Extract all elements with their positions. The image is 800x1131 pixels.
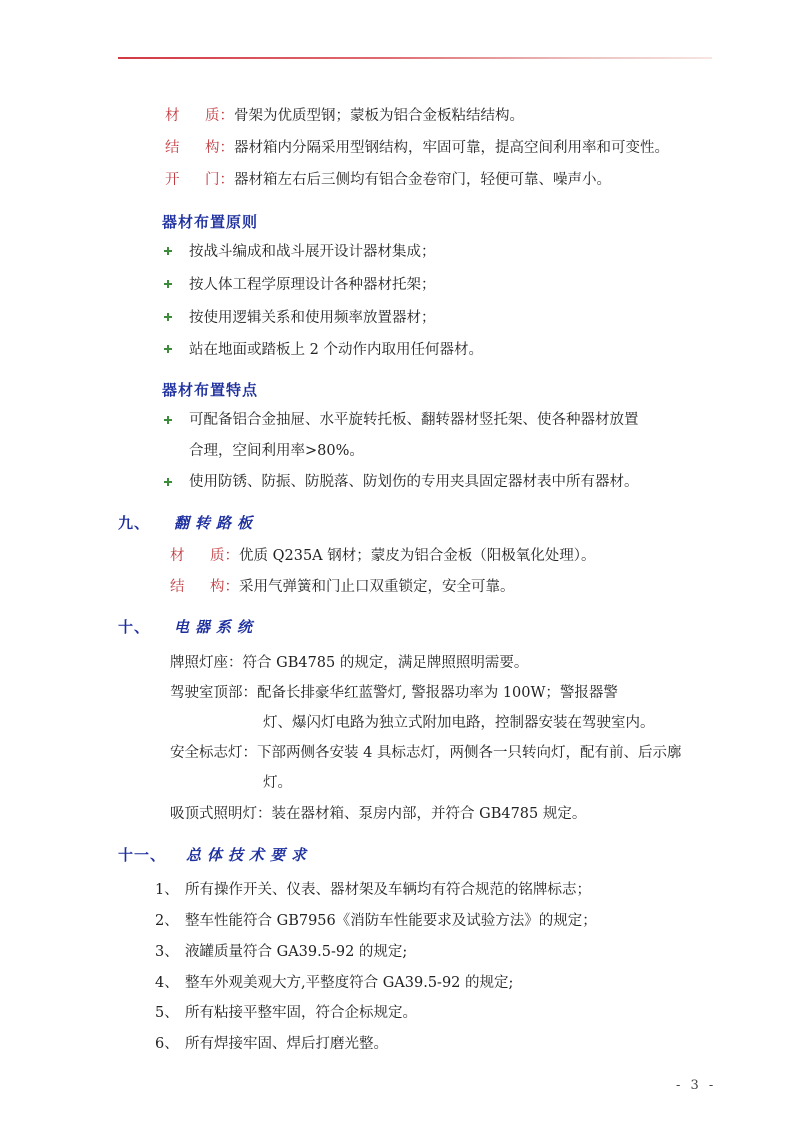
spec-label: 材质： — [165, 106, 234, 126]
section-9-spec: 结构：采用气弹簧和门止口双重锁定，安全可靠。 — [170, 577, 515, 597]
section-title: 电器系统 — [174, 618, 258, 636]
electrical-item-cont: 灯。 — [263, 773, 292, 793]
spec-label: 结构： — [165, 138, 234, 158]
page-number: - 3 - — [676, 1078, 716, 1093]
section-number: 十、 — [118, 617, 174, 637]
spec-text: 器材箱内分隔采用型钢结构，牢固可靠，提高空间利用率和可变性。 — [234, 140, 669, 156]
feature-item-cont: 合理，空间利用率>80%。 — [189, 441, 364, 461]
section-title: 翻转路板 — [174, 514, 258, 532]
electrical-item: 驾驶室顶部：配备长排豪华红蓝警灯, 警报器功率为 100W；警报器警 — [170, 683, 618, 703]
requirement-item: 1、所有操作开关、仪表、器材架及车辆均有符合规范的铭牌标志； — [155, 880, 591, 900]
bullet-icon — [164, 478, 172, 486]
section-9-heading: 九、翻转路板 — [118, 513, 258, 533]
section-number: 九、 — [118, 513, 174, 533]
electrical-item: 安全标志灯：下部两侧各安装 4 具标志灯，两侧各一只转向灯，配有前、后示廓 — [170, 743, 681, 763]
bullet-icon — [164, 345, 172, 353]
item-text: 整车性能符合 GB7956《消防车性能要求及试验方法》的规定； — [185, 913, 597, 929]
bullet-icon — [164, 280, 172, 288]
section-number: 十一、 — [118, 845, 186, 865]
item-number: 3、 — [155, 942, 185, 962]
principle-item: 按人体工程学原理设计各种器材托架； — [189, 275, 436, 295]
spec-label: 材质： — [170, 546, 239, 566]
spec-label: 开门： — [165, 170, 234, 190]
requirement-item: 6、所有焊接牢固、焊后打磨光整。 — [155, 1034, 388, 1054]
spec-line-structure: 结构：器材箱内分隔采用型钢结构，牢固可靠，提高空间利用率和可变性。 — [165, 138, 669, 158]
section-10-heading: 十、电器系统 — [118, 617, 258, 637]
electrical-item: 牌照灯座：符合 GB4785 的规定，满足牌照照明需要。 — [170, 653, 528, 673]
bullet-icon — [164, 313, 172, 321]
item-number: 4、 — [155, 973, 185, 993]
requirement-item: 5、所有粘接平整牢固，符合企标规定。 — [155, 1003, 417, 1023]
item-number: 1、 — [155, 880, 185, 900]
feature-item: 可配备铝合金抽屉、水平旋转托板、翻转器材竖托架、使各种器材放置 — [189, 410, 639, 430]
requirement-item: 2、整车性能符合 GB7956《消防车性能要求及试验方法》的规定； — [155, 911, 597, 931]
spec-line-door: 开门：器材箱左右后三侧均有铝合金卷帘门，轻便可靠、噪声小。 — [165, 170, 611, 190]
electrical-item-cont: 灯、爆闪灯电路为独立式附加电路，控制器安装在驾驶室内。 — [263, 713, 655, 733]
item-number: 2、 — [155, 911, 185, 931]
item-text: 整车外观美观大方,平整度符合 GA39.5-92 的规定; — [185, 975, 513, 991]
bullet-icon — [164, 247, 172, 255]
spec-text: 器材箱左右后三侧均有铝合金卷帘门，轻便可靠、噪声小。 — [234, 172, 611, 188]
spec-text: 采用气弹簧和门止口双重锁定，安全可靠。 — [239, 579, 515, 595]
item-number: 6、 — [155, 1034, 185, 1054]
feature-item: 使用防锈、防振、防脱落、防划伤的专用夹具固定器材表中所有器材。 — [189, 472, 639, 492]
section-title: 总体技术要求 — [186, 846, 312, 864]
principle-item: 按战斗编成和战斗展开设计器材集成； — [189, 242, 436, 262]
spec-text: 优质 Q235A 钢材；蒙皮为铝合金板（阳极氧化处理）。 — [239, 548, 596, 564]
electrical-item: 吸顶式照明灯：装在器材箱、泵房内部，并符合 GB4785 规定。 — [170, 804, 586, 824]
spec-label: 结构： — [170, 577, 239, 597]
item-text: 所有焊接牢固、焊后打磨光整。 — [185, 1036, 388, 1052]
spec-line-material: 材质：骨架为优质型钢；蒙板为铝合金板粘结结构。 — [165, 106, 524, 126]
spec-text: 骨架为优质型钢；蒙板为铝合金板粘结结构。 — [234, 108, 524, 124]
item-text: 液罐质量符合 GA39.5-92 的规定; — [185, 944, 407, 960]
item-number: 5、 — [155, 1003, 185, 1023]
features-heading: 器材布置特点 — [162, 380, 258, 400]
section-9-spec: 材质：优质 Q235A 钢材；蒙皮为铝合金板（阳极氧化处理）。 — [170, 546, 596, 566]
item-text: 所有粘接平整牢固，符合企标规定。 — [185, 1005, 417, 1021]
section-11-heading: 十一、总体技术要求 — [118, 845, 312, 865]
header-rule — [118, 57, 712, 59]
bullet-icon — [164, 416, 172, 424]
principle-item: 站在地面或踏板上 2 个动作内取用任何器材。 — [189, 340, 483, 360]
principles-heading: 器材布置原则 — [162, 212, 258, 232]
requirement-item: 3、液罐质量符合 GA39.5-92 的规定; — [155, 942, 407, 962]
requirement-item: 4、整车外观美观大方,平整度符合 GA39.5-92 的规定; — [155, 973, 513, 993]
principle-item: 按使用逻辑关系和使用频率放置器材； — [189, 308, 436, 328]
item-text: 所有操作开关、仪表、器材架及车辆均有符合规范的铭牌标志； — [185, 882, 591, 898]
